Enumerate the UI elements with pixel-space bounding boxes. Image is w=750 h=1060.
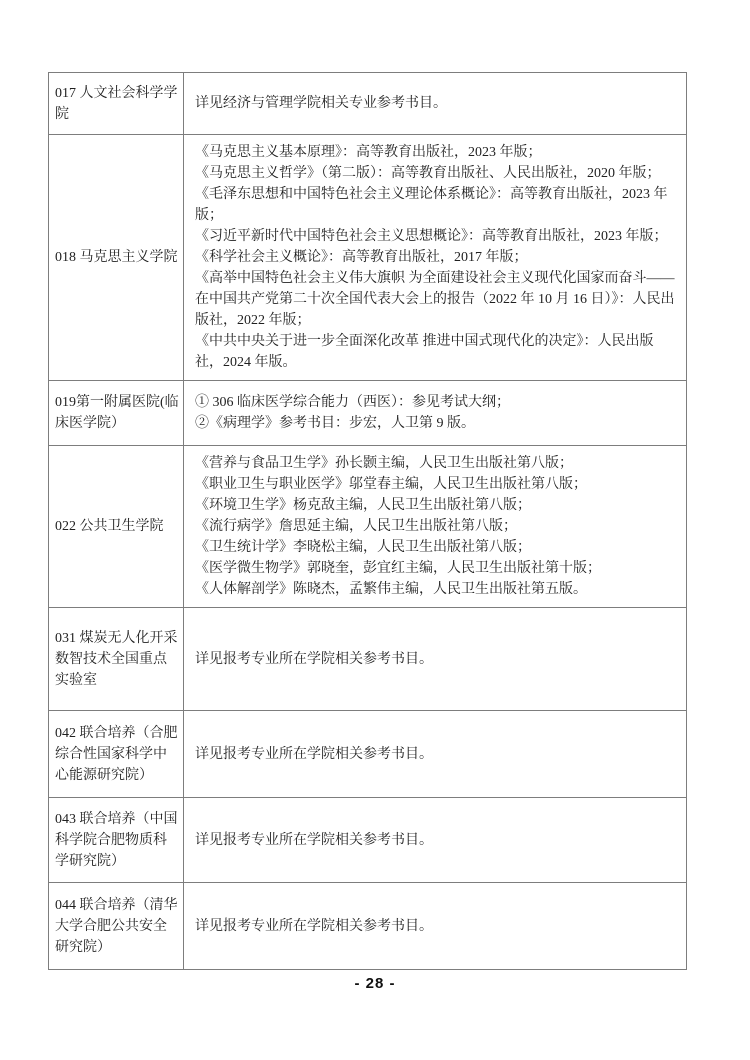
reference-item: 《马克思主义基本原理》：高等教育出版社，2023 年版； xyxy=(195,142,678,163)
table-row: 022 公共卫生学院 《营养与食品卫生学》孙长颢主编，人民卫生出版社第八版；《职… xyxy=(49,446,686,608)
reference-item: 《中共中央关于进一步全面深化改革 推进中国式现代化的决定》：人民出版社，2024… xyxy=(195,331,678,373)
reference-item: 《卫生统计学》李晓松主编，人民卫生出版社第八版； xyxy=(195,537,678,558)
department-cell: 043 联合培养（中国科学院合肥物质科学研究院） xyxy=(49,798,184,882)
reference-item: 《流行病学》詹思延主编，人民卫生出版社第八版； xyxy=(195,516,678,537)
table-row: 018 马克思主义学院 《马克思主义基本原理》：高等教育出版社，2023 年版；… xyxy=(49,135,686,381)
page-number: - 28 - xyxy=(0,975,750,992)
references-cell: 详见报考专业所在学院相关参考书目。 xyxy=(184,798,686,882)
reference-item: 详见经济与管理学院相关专业参考书目。 xyxy=(195,93,678,114)
department-cell: 022 公共卫生学院 xyxy=(49,446,184,607)
reference-item: 详见报考专业所在学院相关参考书目。 xyxy=(195,916,678,937)
reference-item: 《科学社会主义概论》：高等教育出版社，2017 年版； xyxy=(195,247,678,268)
references-cell: ① 306 临床医学综合能力（西医）：参见考试大纲；②《病理学》参考书目：步宏，… xyxy=(184,381,686,445)
reference-item: 详见报考专业所在学院相关参考书目。 xyxy=(195,744,678,765)
department-cell: 042 联合培养（合肥综合性国家科学中心能源研究院） xyxy=(49,711,184,797)
table-row: 017 人文社会科学学院 详见经济与管理学院相关专业参考书目。 xyxy=(49,73,686,135)
references-cell: 详见经济与管理学院相关专业参考书目。 xyxy=(184,73,686,134)
reference-item: ① 306 临床医学综合能力（西医）：参见考试大纲； xyxy=(195,392,678,413)
reference-item: 《人体解剖学》陈晓杰，孟繁伟主编，人民卫生出版社第五版。 xyxy=(195,579,678,600)
document-page: 017 人文社会科学学院 详见经济与管理学院相关专业参考书目。 018 马克思主… xyxy=(0,0,750,1060)
table-row: 019第一附属医院(临床医学院） ① 306 临床医学综合能力（西医）：参见考试… xyxy=(49,381,686,446)
reference-item: ②《病理学》参考书目：步宏，人卫第 9 版。 xyxy=(195,413,678,434)
references-cell: 详见报考专业所在学院相关参考书目。 xyxy=(184,608,686,710)
reference-item: 《毛泽东思想和中国特色社会主义理论体系概论》：高等教育出版社，2023 年版； xyxy=(195,184,678,226)
references-cell: 详见报考专业所在学院相关参考书目。 xyxy=(184,883,686,969)
department-cell: 031 煤炭无人化开采数智技术全国重点实验室 xyxy=(49,608,184,710)
reference-item: 《医学微生物学》郭晓奎，彭宜红主编，人民卫生出版社第十版； xyxy=(195,558,678,579)
reference-item: 《营养与食品卫生学》孙长颢主编，人民卫生出版社第八版； xyxy=(195,453,678,474)
department-cell: 017 人文社会科学学院 xyxy=(49,73,184,134)
reference-item: 《马克思主义哲学》（第二版）：高等教育出版社、人民出版社，2020 年版； xyxy=(195,163,678,184)
table-row: 042 联合培养（合肥综合性国家科学中心能源研究院） 详见报考专业所在学院相关参… xyxy=(49,711,686,798)
reference-table: 017 人文社会科学学院 详见经济与管理学院相关专业参考书目。 018 马克思主… xyxy=(48,72,687,970)
references-cell: 《马克思主义基本原理》：高等教育出版社，2023 年版；《马克思主义哲学》（第二… xyxy=(184,135,686,380)
department-cell: 018 马克思主义学院 xyxy=(49,135,184,380)
table-row: 044 联合培养（清华大学合肥公共安全研究院） 详见报考专业所在学院相关参考书目… xyxy=(49,883,686,969)
reference-item: 详见报考专业所在学院相关参考书目。 xyxy=(195,830,678,851)
references-cell: 详见报考专业所在学院相关参考书目。 xyxy=(184,711,686,797)
reference-item: 《环境卫生学》杨克敌主编，人民卫生出版社第八版； xyxy=(195,495,678,516)
table-row: 043 联合培养（中国科学院合肥物质科学研究院） 详见报考专业所在学院相关参考书… xyxy=(49,798,686,883)
department-cell: 044 联合培养（清华大学合肥公共安全研究院） xyxy=(49,883,184,969)
references-cell: 《营养与食品卫生学》孙长颢主编，人民卫生出版社第八版；《职业卫生与职业医学》邬堂… xyxy=(184,446,686,607)
reference-item: 《职业卫生与职业医学》邬堂春主编，人民卫生出版社第八版； xyxy=(195,474,678,495)
reference-item: 《习近平新时代中国特色社会主义思想概论》：高等教育出版社，2023 年版； xyxy=(195,226,678,247)
reference-item: 《高举中国特色社会主义伟大旗帜 为全面建设社会主义现代化国家而奋斗——在中国共产… xyxy=(195,268,678,331)
reference-item: 详见报考专业所在学院相关参考书目。 xyxy=(195,649,678,670)
department-cell: 019第一附属医院(临床医学院） xyxy=(49,381,184,445)
table-row: 031 煤炭无人化开采数智技术全国重点实验室 详见报考专业所在学院相关参考书目。 xyxy=(49,608,686,711)
